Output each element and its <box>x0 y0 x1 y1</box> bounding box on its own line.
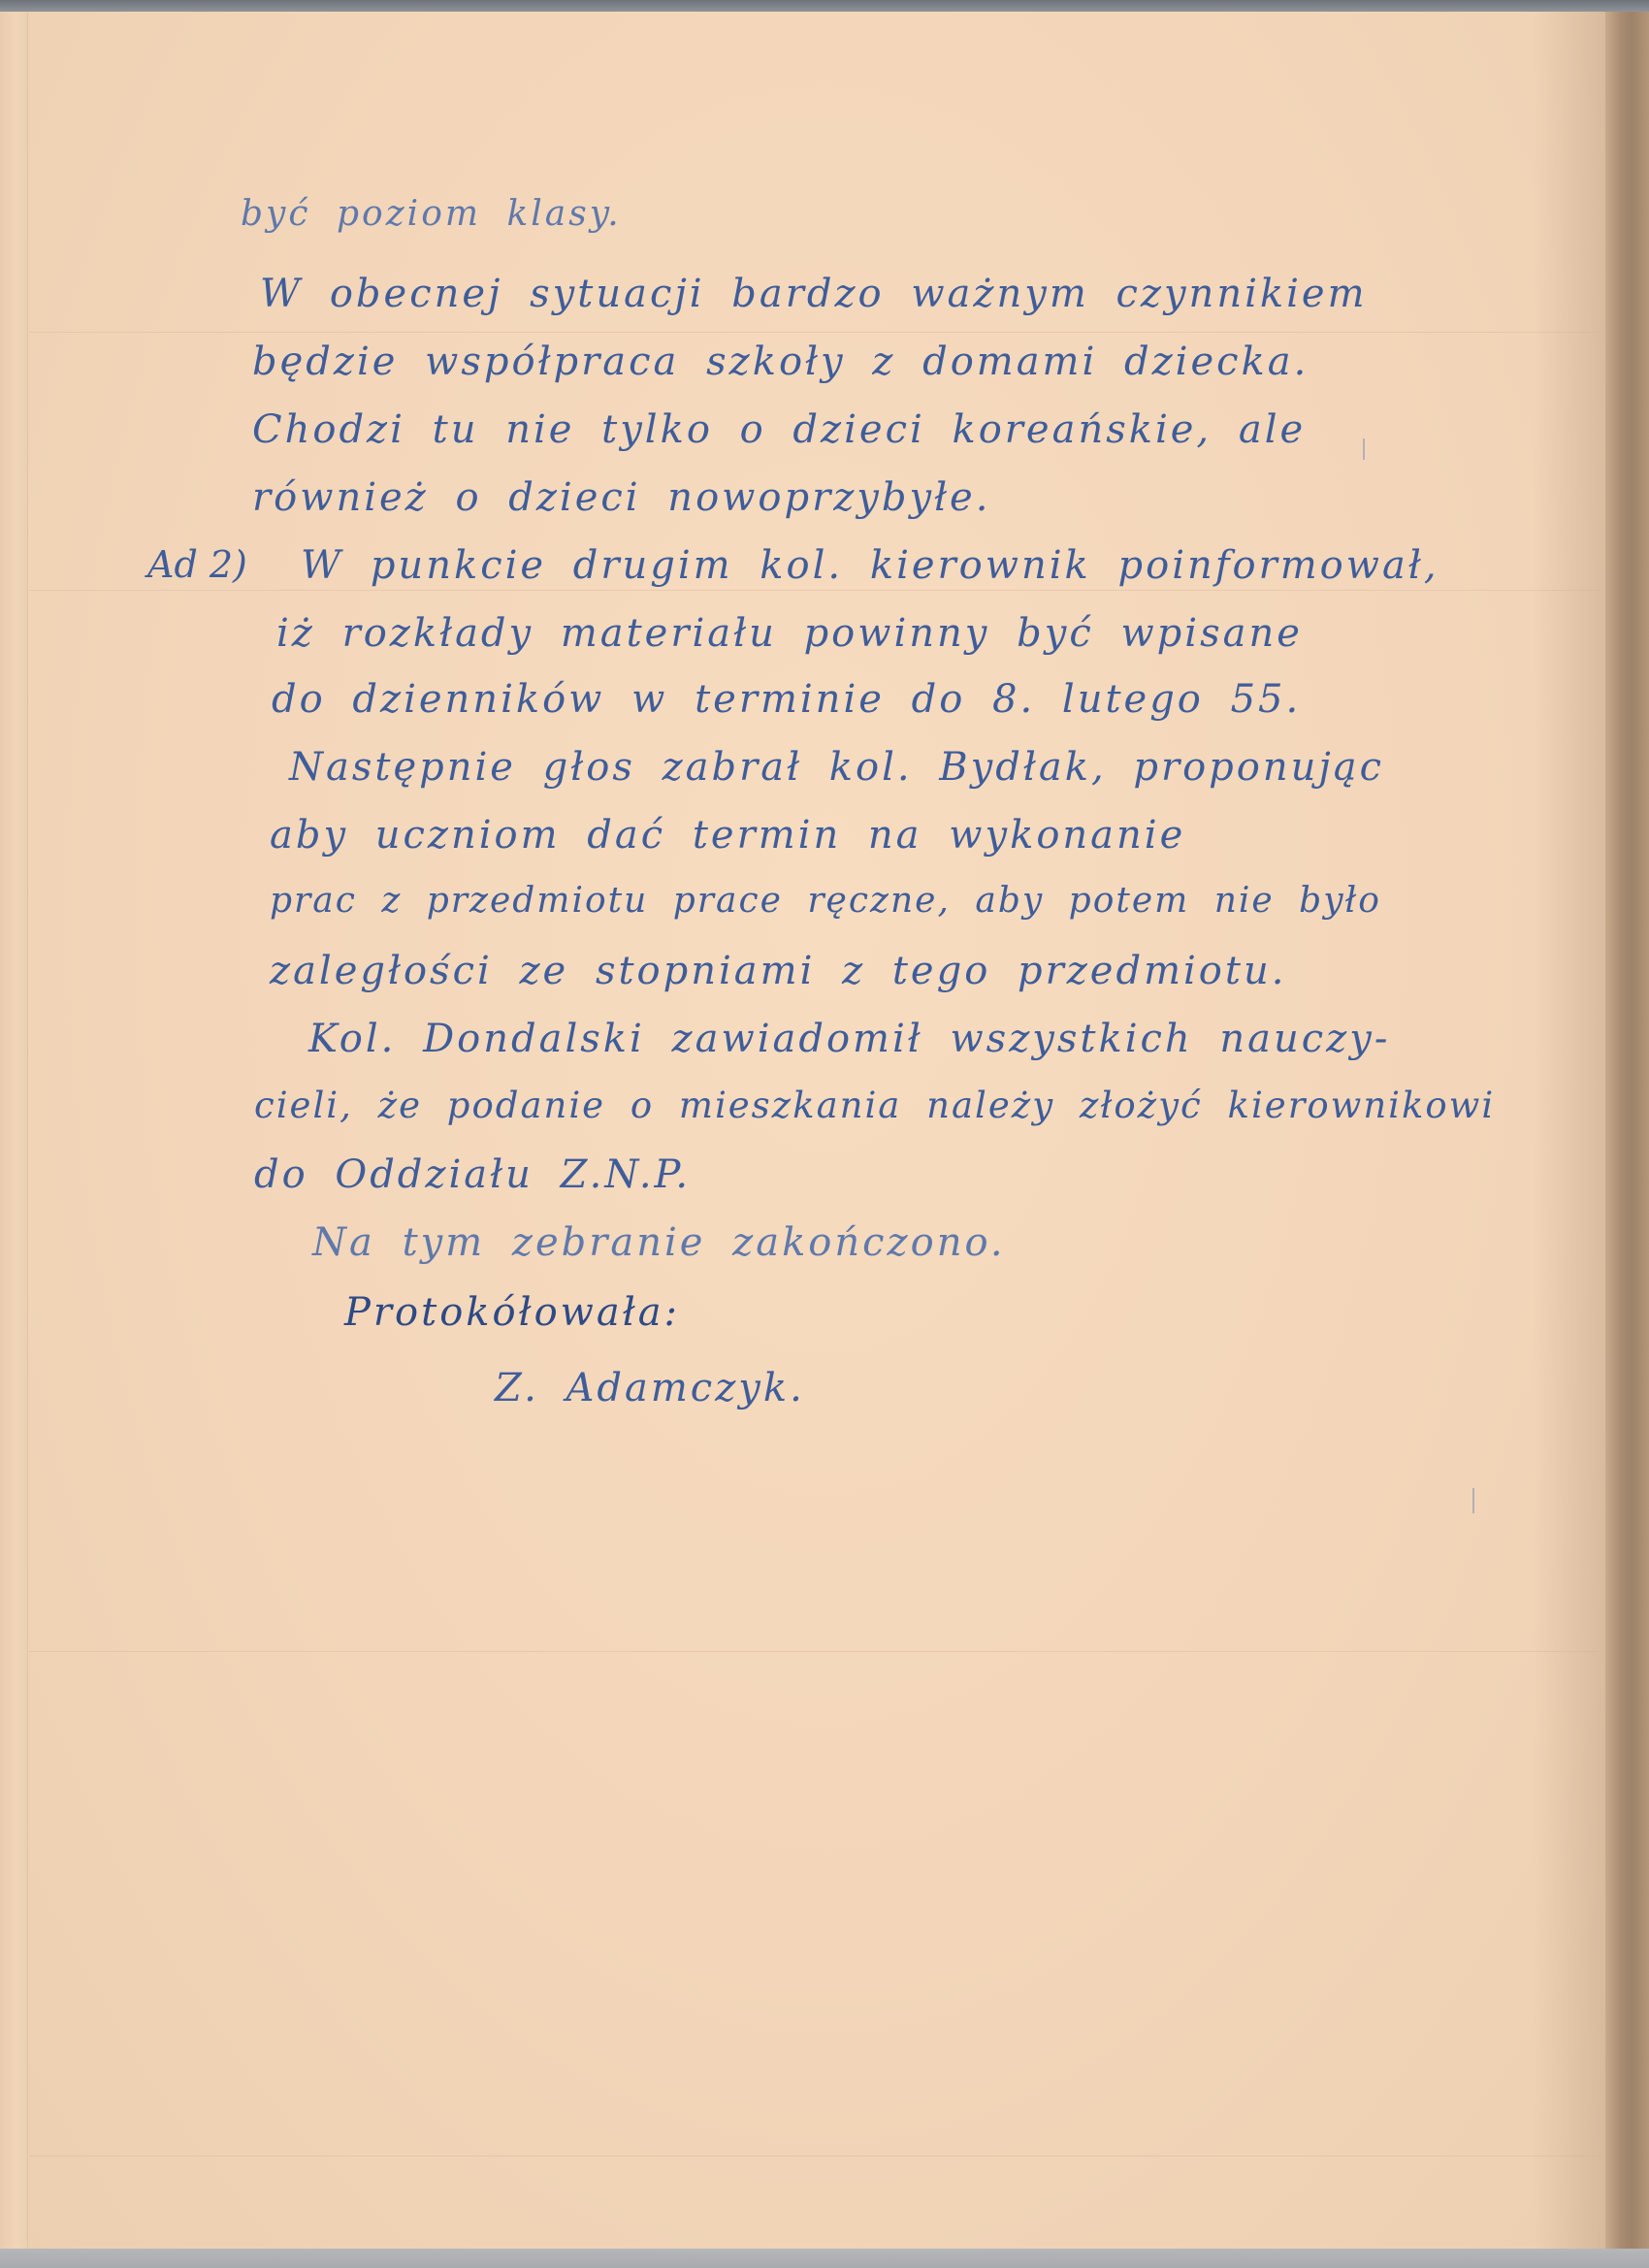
ruled-line <box>29 332 1600 333</box>
ruled-line <box>29 590 1600 591</box>
binding-shadow <box>1533 12 1608 2249</box>
ruled-line <box>29 1651 1600 1652</box>
text-line-12: zaległości ze stopniami z tego przedmiot… <box>270 949 1286 993</box>
notebook-spine <box>1605 12 1649 2249</box>
text-line-16: Na tym zebranie zakończono. <box>312 1220 1006 1265</box>
signature-name: Z. Adamczyk. <box>495 1366 805 1410</box>
text-line-2: W obecnej sytuacji bardzo ważnym czynnik… <box>260 272 1368 316</box>
text-line-5: również o dzieci nowoprzybyłe. <box>252 475 990 520</box>
text-line-4: Chodzi tu nie tylko o dzieci koreańskie,… <box>252 407 1306 452</box>
text-line-15: do Oddziału Z.N.P. <box>254 1152 691 1197</box>
text-line-7: iż rozkłady materiału powinny być wpisan… <box>276 611 1303 656</box>
text-line-13: Kol. Dondalski zawiadomił wszystkich nau… <box>308 1017 1390 1061</box>
scan-border-bottom <box>0 2249 1649 2268</box>
text-line-8: do dzienników w terminie do 8. lutego 55… <box>272 677 1301 722</box>
scan-border-top <box>0 0 1649 12</box>
agenda-item-label: Ad 2) <box>147 543 247 586</box>
page-mark <box>1472 1488 1474 1513</box>
text-line-10: aby uczniom dać termin na wykonanie <box>270 813 1185 858</box>
signature-label: Protokółowała: <box>344 1290 680 1335</box>
notebook-page: być poziom klasy. W obecnej sytuacji bar… <box>0 12 1649 2249</box>
text-line-9: Następnie głos zabrał kol. Bydłak, propo… <box>289 745 1384 790</box>
text-line-1: być poziom klasy. <box>241 194 622 234</box>
text-line-6: W punkcie drugim kol. kierownik poinform… <box>301 543 1439 588</box>
page-left-edge <box>0 12 28 2249</box>
text-line-11: prac z przedmiotu prace ręczne, aby pote… <box>270 881 1381 921</box>
text-line-3: będzie współpraca szkoły z domami dzieck… <box>252 340 1309 384</box>
ruled-line <box>29 2155 1600 2156</box>
text-line-14: cieli, że podanie o mieszkania należy zł… <box>254 1085 1495 1126</box>
page-mark <box>1363 438 1365 460</box>
